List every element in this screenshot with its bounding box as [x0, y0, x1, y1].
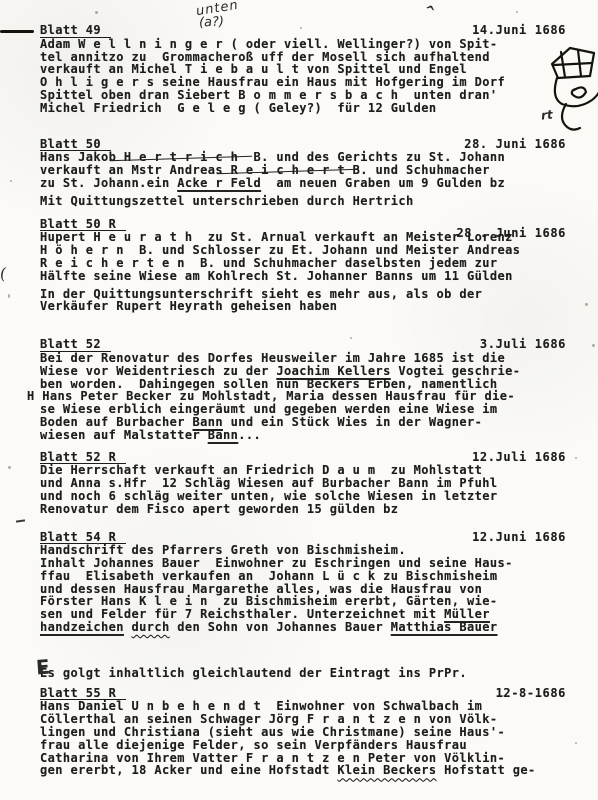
text-line: Mit Quittungszettel unterschrieben durch…	[40, 195, 566, 208]
noise-speck	[8, 466, 11, 469]
noise-speck	[585, 303, 588, 306]
section-heading-row: Blatt 523.Juli 1686	[40, 338, 566, 352]
noise-speck	[575, 742, 577, 744]
document-body: Blatt 4914.Juni 1686Adam W e l l n i n g…	[40, 24, 566, 777]
section-blatt-49: Blatt 4914.Juni 1686Adam W e l l n i n g…	[40, 24, 566, 115]
noise-speck	[516, 11, 518, 13]
noise-speck	[502, 695, 504, 697]
handwritten-note-a: (a?)	[199, 14, 225, 30]
text-line: Verkäufer Rupert Heyrath geheisen haben	[40, 300, 566, 313]
section-date: 28 . Juni 1686	[456, 227, 566, 240]
section-date: 12-8-1686	[496, 687, 566, 700]
handwritten-initial-e: E	[35, 655, 50, 680]
section-blatt-50: Blatt 5028. Juni 1686Hans Jakob H e r t …	[40, 138, 566, 208]
noise-speck	[350, 337, 352, 339]
noise-speck	[97, 543, 99, 545]
section-blatt-52r: Blatt 52 R12.Juli 1686Die Herrschaft ver…	[40, 451, 566, 516]
section-blatt-50r: Blatt 50 R28 . Juni 1686Hupert H e u r a…	[40, 218, 566, 314]
noise-speck	[592, 344, 595, 347]
noise-speck	[300, 27, 302, 29]
document-page: Blatt 4914.Juni 1686Adam W e l l n i n g…	[0, 0, 598, 777]
section-blatt-54r: Blatt 54 R12.Juni 1686Handschrift des Pf…	[40, 531, 566, 634]
noise-speck	[8, 294, 10, 298]
text-line: wiesen auf Malstatter Bann...	[40, 429, 566, 442]
section-blatt-55r: Blatt 55 R12-8-1686Hans Daniel U n b e h…	[40, 687, 566, 778]
text-line: gen ererbt, 18 Acker und eine Hofstadt K…	[40, 764, 566, 777]
noise-speck	[44, 31, 46, 33]
section-es-folgt: Es golgt inhaltlich gleichlautend der Ei…	[40, 667, 566, 680]
section-date: 12.Juli 1686	[472, 451, 566, 464]
noise-speck	[10, 180, 12, 182]
section-heading: Blatt 52	[40, 338, 111, 352]
text-line: Renovatur dem Fisco apert geworden 15 gü…	[40, 503, 566, 516]
text-line: Hälfte seine Wiese am Kohlrech St. Johan…	[40, 270, 566, 283]
section-date: 14.Juni 1686	[472, 24, 566, 37]
section-date: 12.Juni 1686	[472, 531, 566, 544]
noise-speck	[95, 11, 98, 14]
text-line: handzeichen durch den Sohn von Johannes …	[40, 621, 566, 634]
margin-doodle-sketch	[538, 40, 598, 142]
margin-dash-mark	[0, 30, 34, 33]
section-blatt-52: Blatt 523.Juli 1686Bei der Renovatur des…	[40, 338, 566, 441]
section-date: 3.Juli 1686	[480, 338, 566, 351]
text-line: zu St. Johann.ein Acke r Feld am neuen G…	[40, 177, 566, 190]
noise-speck	[575, 457, 577, 459]
text-line: Michel Friedrich G e l e g ( Geley?) für…	[40, 102, 566, 115]
section-heading-row: Blatt 4914.Juni 1686	[40, 24, 566, 38]
text-line: Es golgt inhaltlich gleichlautend der Ei…	[40, 667, 566, 680]
section-heading: Blatt 49	[40, 24, 111, 38]
